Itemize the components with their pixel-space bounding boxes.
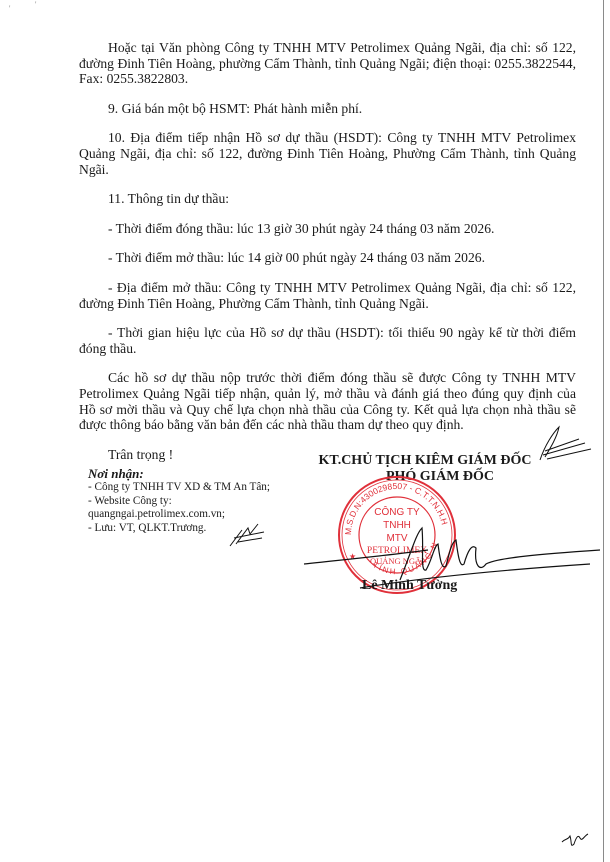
recipient-line: - Website Công ty: bbox=[88, 495, 270, 509]
paragraph-office-address: Hoặc tại Văn phòng Công ty TNHH MTV Petr… bbox=[79, 40, 576, 87]
page-initial-icon bbox=[560, 828, 592, 850]
scan-mark: ' bbox=[35, 0, 36, 9]
page-edge-line bbox=[603, 0, 604, 862]
paragraph-validity: - Thời gian hiệu lực của Hồ sơ dự thầu (… bbox=[79, 325, 576, 356]
paragraph-item-9: 9. Giá bán một bộ HSMT: Phát hành miễn p… bbox=[79, 101, 576, 117]
document-body: Hoặc tại Văn phòng Công ty TNHH MTV Petr… bbox=[79, 40, 576, 462]
paragraph-opening-time: - Thời điểm mở thầu: lúc 14 giờ 00 phút … bbox=[79, 250, 576, 266]
svg-text:CÔNG TY: CÔNG TY bbox=[374, 505, 420, 518]
recipients-title: Nơi nhận: bbox=[88, 466, 270, 481]
signer-title: KT.CHỦ TỊCH KIÊM GIÁM ĐỐC bbox=[305, 453, 545, 469]
initial-signature-icon bbox=[228, 520, 268, 550]
paragraph-item-10: 10. Địa điểm tiếp nhận Hồ sơ dự thầu (HS… bbox=[79, 130, 576, 177]
paragraph-summary: Các hồ sơ dự thầu nộp trước thời điểm đó… bbox=[79, 370, 576, 432]
paragraph-closing-time: - Thời điểm đóng thầu: lúc 13 giờ 30 phú… bbox=[79, 221, 576, 237]
signer-name: Lê Minh Tường bbox=[362, 578, 457, 594]
approval-signature-icon bbox=[535, 425, 595, 465]
paragraph-item-11: 11. Thông tin dự thầu: bbox=[79, 191, 576, 207]
scan-mark: ' bbox=[9, 4, 10, 13]
paragraph-opening-location: - Địa điểm mở thầu: Công ty TNHH MTV Pet… bbox=[79, 280, 576, 311]
recipient-line: - Công ty TNHH TV XD & TM An Tân; bbox=[88, 481, 270, 495]
